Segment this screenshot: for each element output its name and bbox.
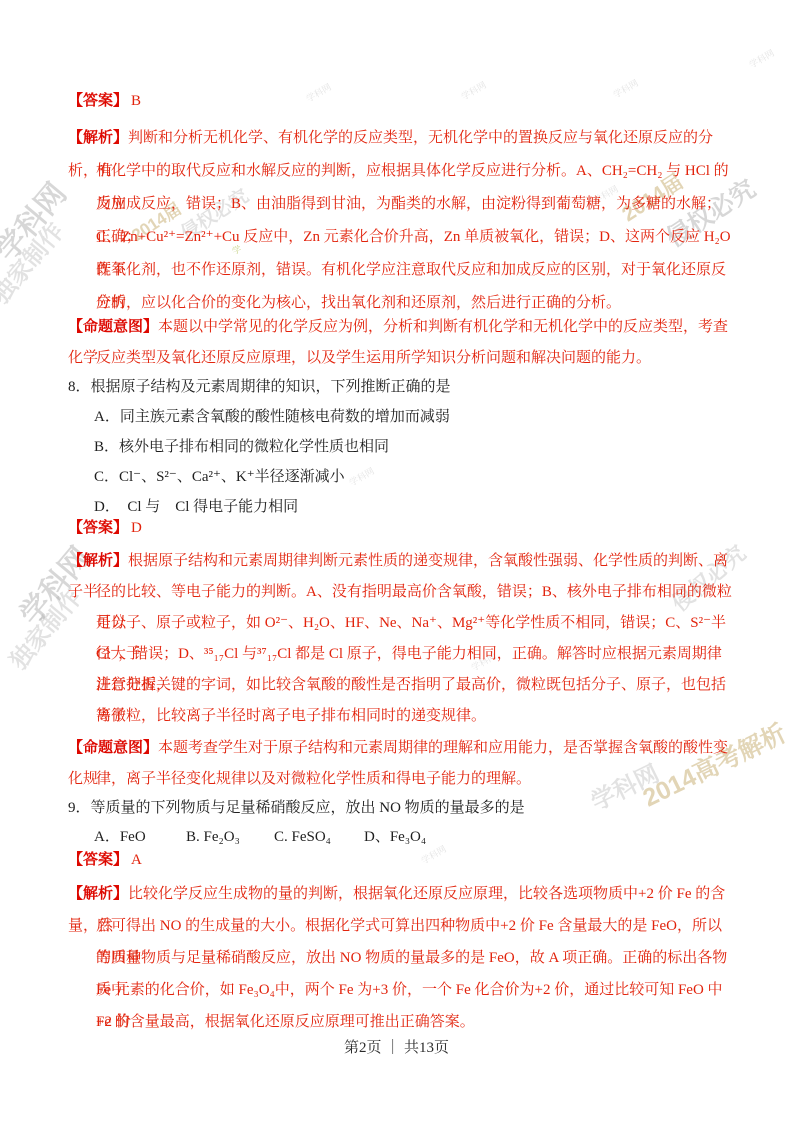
q8-options: A．同主族元素含氧酸的酸性随核电荷数的增加而减弱 B．核外电子排布相同的微粒化学… xyxy=(68,402,732,522)
q9-question: 9．等质量的下列物质与足量稀硝酸反应，放出 NO 物质的量最多的是 xyxy=(68,793,732,823)
option-c: C. FeSO₄ xyxy=(274,822,331,852)
analysis-line: Cl⁻，错误；D、³⁵₁₇Cl 与³⁷₁₇Cl 都是 Cl 原子，得电子能力相同… xyxy=(68,639,732,670)
answer-label: 【答案】 xyxy=(68,93,128,109)
analysis-line: 后可得出 NO 的生成量的大小。根据化学式可算出四种物质中+2 价 Fe 含量最… xyxy=(68,910,732,942)
exam-answer-page: 学科网 独家制作 2014届 侵权必究 2014届 侵权必究 学科网 独家制作 … xyxy=(0,0,793,1122)
option-a: A．FeO xyxy=(94,822,146,852)
option-b: B．核外电子排布相同的微粒化学性质也相同 xyxy=(68,432,732,462)
document-body: 【答案】B 【解析】判断和分析无机化学、有机化学的反应类型，无机化学中的置换反应… xyxy=(68,0,732,30)
analysis-line: 作氧化剂，也不作还原剂，错误。有机化学应注意取代反应和加成反应的区别，对于氧化还… xyxy=(68,254,732,287)
intent-line: 律，离子半径变化规律以及对微粒化学性质和得电子能力的理解。 xyxy=(68,764,732,795)
analysis-label: 【解析】 xyxy=(68,130,128,146)
question-text: 9．等质量的下列物质与足量稀硝酸反应，放出 NO 物质的量最多的是 xyxy=(68,793,732,823)
answer-label: 【答案】 xyxy=(68,520,128,536)
q8-question: 8．根据原子结构及元素周期律的知识，下列推断正确的是 xyxy=(68,372,732,402)
q8-answer-value: D xyxy=(128,520,142,536)
watermark-xkw: 学科网 xyxy=(0,171,75,268)
q9-options: A．FeO B. Fe₂O₃ C. FeSO₄ D、Fe₃O₄ xyxy=(68,822,732,852)
option-b: B. Fe₂O₃ xyxy=(186,822,240,852)
analysis-line: 的四种物质与足量稀硝酸反应，放出 NO 物质的量最多的是 FeO，故 A 项正确… xyxy=(68,942,732,974)
analysis-line: 机化学中的取代反应和水解反应的判断，应根据具体化学反应进行分析。A、CH₂=CH… xyxy=(68,155,732,188)
intent-label: 【命题意图】 xyxy=(68,319,158,335)
analysis-line: 为加成反应，错误；B、由油脂得到甘油，为酯类的水解，由淀粉得到葡萄糖，为多糖的水… xyxy=(68,188,732,221)
q9-answer-value: A xyxy=(128,852,142,868)
footer-page-indicator: 第2页 ｜ 共13页 xyxy=(0,1036,793,1057)
analysis-label: 【解析】 xyxy=(68,886,128,902)
watermark-dujia: 独家制作 xyxy=(0,213,70,309)
q8-intent: 【命题意图】本题考查学生对于原子结构和元素周期律的理解和应用能力，是否掌握含氧酸… xyxy=(68,733,732,795)
option-a: A．同主族元素含氧酸的酸性随核电荷数的增加而减弱 xyxy=(68,402,732,432)
q8-analysis: 【解析】根据原子结构和元素周期律判断元素性质的递变规律，含氧酸性强弱、化学性质的… xyxy=(68,546,732,732)
analysis-line: 是分子、原子或粒子，如 O²⁻、H₂O、HF、Ne、Na⁺、Mg²⁺等化学性质不… xyxy=(68,608,732,639)
analysis-line: 径的比较、等电子能力的判断。A、没有指明最高价含氧酸，错误；B、核外电子排布相同… xyxy=(68,577,732,608)
q7-answer-line: 【答案】B xyxy=(68,90,732,112)
answer-label: 【答案】 xyxy=(68,852,128,868)
option-d: D、Fe₃O₄ xyxy=(364,822,426,852)
q7-analysis: 【解析】判断和分析无机化学、有机化学的反应类型，无机化学中的置换反应与氧化还原反… xyxy=(68,122,732,320)
q9-analysis: 【解析】比较化学反应生成物的量的判断，根据氧化还原反应原理，比较各选项物质中+2… xyxy=(68,878,732,1038)
analysis-label: 【解析】 xyxy=(68,553,128,569)
q8-answer-line: 【答案】D xyxy=(68,517,732,539)
analysis-line: Fe 的含量最高，根据氧化还原反应原理可推出正确答案。 xyxy=(68,1006,732,1038)
q9-answer-line: 【答案】A xyxy=(68,849,732,871)
q7-answer-value: B xyxy=(128,93,141,109)
analysis-line: 等微粒，比较离子半径时离子电子排布相同时的递变规律。 xyxy=(68,701,732,732)
option-c: C．Cl⁻、S²⁻、Ca²⁺、K⁺半径逐渐减小 xyxy=(68,462,732,492)
analysis-line: 注意把握关键的字词，如比较含氧酸的酸性是否指明了最高价，微粒既包括分子、原子，也… xyxy=(68,670,732,701)
analysis-line: Fe 元素的化合价，如 Fe₃O₄中，两个 Fe 为+3 价，一个 Fe 化合价… xyxy=(68,974,732,1006)
watermark-tiny: 学科网 xyxy=(747,46,777,71)
q7-intent: 【命题意图】本题以中学常见的化学反应为例，分析和判断有机化学和无机化学中的反应类… xyxy=(68,312,732,374)
analysis-line: C、Zn+Cu²⁺=Zn²⁺+Cu 反应中，Zn 元素化合价升高，Zn 单质被氧… xyxy=(68,221,732,254)
intent-label: 【命题意图】 xyxy=(68,740,158,756)
intent-line: 反应类型及氧化还原反应原理，以及学生运用所学知识分析问题和解决问题的能力。 xyxy=(68,343,732,374)
question-text: 8．根据原子结构及元素周期律的知识，下列推断正确的是 xyxy=(68,372,732,402)
